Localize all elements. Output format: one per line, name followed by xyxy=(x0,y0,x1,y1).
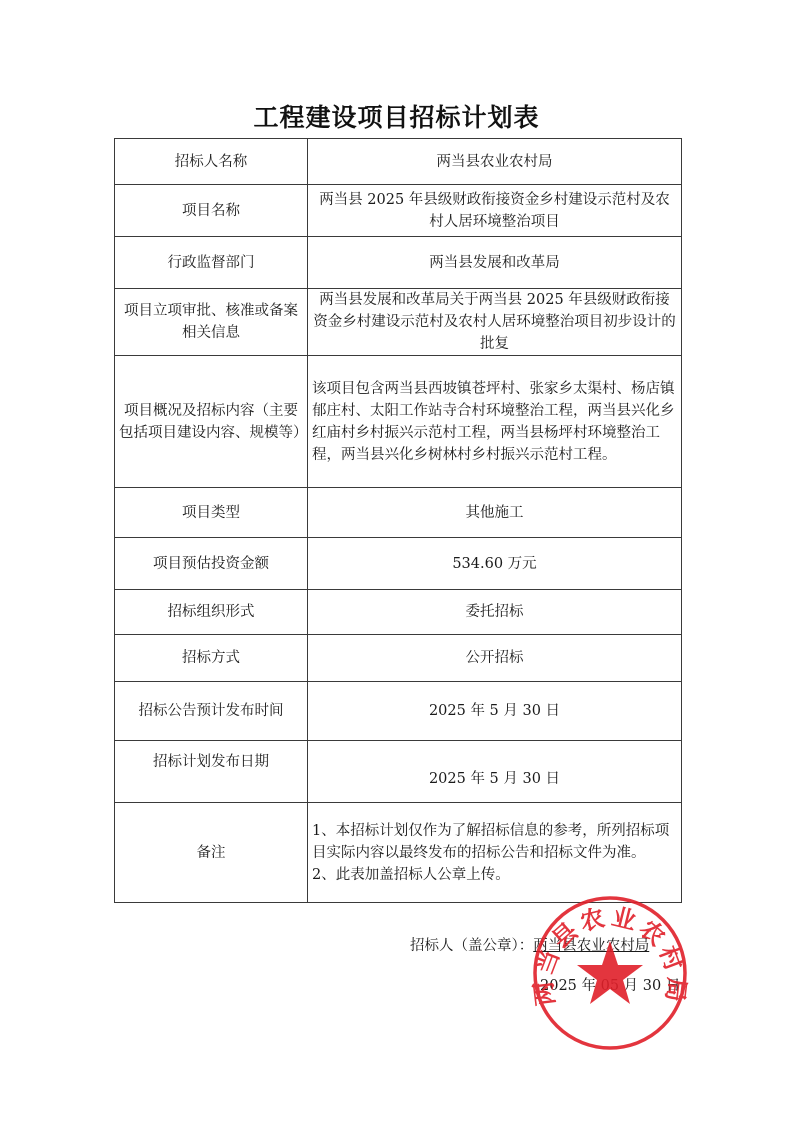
row-label: 项目立项审批、核准或备案相关信息 xyxy=(115,289,308,356)
row-value: 2025 年 5 月 30 日 xyxy=(308,741,682,803)
remarks-content: 1、本招标计划仅作为了解招标信息的参考，所列招标项目实际内容以最终发布的招标公告… xyxy=(308,803,682,903)
official-seal: 两当县农业农村局 xyxy=(530,893,690,1053)
signature-label: 招标人（盖公章）： xyxy=(410,938,533,954)
table-row: 项目立项审批、核准或备案相关信息 两当县发展和改革局关于两当县 2025 年县级… xyxy=(115,289,682,356)
table-row: 招标人名称 两当县农业农村局 xyxy=(115,139,682,185)
row-value: 2025 年 5 月 30 日 xyxy=(308,682,682,741)
table-row: 项目概况及招标内容（主要包括项目建设内容、规模等） 该项目包含两当县西坡镇苍坪村… xyxy=(115,356,682,488)
signature-organization: 两当县农业农村局 xyxy=(533,938,649,954)
document-title: 工程建设项目招标计划表 xyxy=(0,98,793,134)
row-label: 行政监督部门 xyxy=(115,237,308,289)
table-row: 招标方式 公开招标 xyxy=(115,635,682,682)
tender-plan-table: 招标人名称 两当县农业农村局 项目名称 两当县 2025 年县级财政衔接资金乡村… xyxy=(114,138,682,903)
row-label: 项目概况及招标内容（主要包括项目建设内容、规模等） xyxy=(115,356,308,488)
row-label: 项目名称 xyxy=(115,185,308,237)
signature-line: 招标人（盖公章）：两当县农业农村局 xyxy=(410,934,649,955)
remarks-label: 备注 xyxy=(115,803,308,903)
row-value: 两当县发展和改革局 xyxy=(308,237,682,289)
row-label: 项目类型 xyxy=(115,488,308,538)
table-row: 项目名称 两当县 2025 年县级财政衔接资金乡村建设示范村及农村人居环境整治项… xyxy=(115,185,682,237)
table-row: 项目预估投资金额 534.60 万元 xyxy=(115,538,682,590)
remark-line: 1、本招标计划仅作为了解招标信息的参考，所列招标项目实际内容以最终发布的招标公告… xyxy=(312,820,677,864)
remark-line: 2、此表加盖招标人公章上传。 xyxy=(312,864,677,886)
row-value: 534.60 万元 xyxy=(308,538,682,590)
row-label: 招标公告预计发布时间 xyxy=(115,682,308,741)
row-label: 招标方式 xyxy=(115,635,308,682)
row-value: 该项目包含两当县西坡镇苍坪村、张家乡太渠村、杨店镇郁庄村、太阳工作站寺合村环境整… xyxy=(308,356,682,488)
table-row: 项目类型 其他施工 xyxy=(115,488,682,538)
table-row-remarks: 备注 1、本招标计划仅作为了解招标信息的参考，所列招标项目实际内容以最终发布的招… xyxy=(115,803,682,903)
row-value: 委托招标 xyxy=(308,590,682,635)
row-label: 项目预估投资金额 xyxy=(115,538,308,590)
table-row: 招标计划发布日期 2025 年 5 月 30 日 xyxy=(115,741,682,803)
row-value: 两当县农业农村局 xyxy=(308,139,682,185)
row-value: 其他施工 xyxy=(308,488,682,538)
row-value: 两当县发展和改革局关于两当县 2025 年县级财政衔接资金乡村建设示范村及农村人… xyxy=(308,289,682,356)
row-label: 招标组织形式 xyxy=(115,590,308,635)
table-row: 行政监督部门 两当县发展和改革局 xyxy=(115,237,682,289)
signature-date: 2025 年 05 月 30 日 xyxy=(540,974,680,995)
row-label: 招标人名称 xyxy=(115,139,308,185)
table-row: 招标组织形式 委托招标 xyxy=(115,590,682,635)
row-label: 招标计划发布日期 xyxy=(115,741,308,803)
table-row: 招标公告预计发布时间 2025 年 5 月 30 日 xyxy=(115,682,682,741)
row-value: 公开招标 xyxy=(308,635,682,682)
row-value: 两当县 2025 年县级财政衔接资金乡村建设示范村及农村人居环境整治项目 xyxy=(308,185,682,237)
